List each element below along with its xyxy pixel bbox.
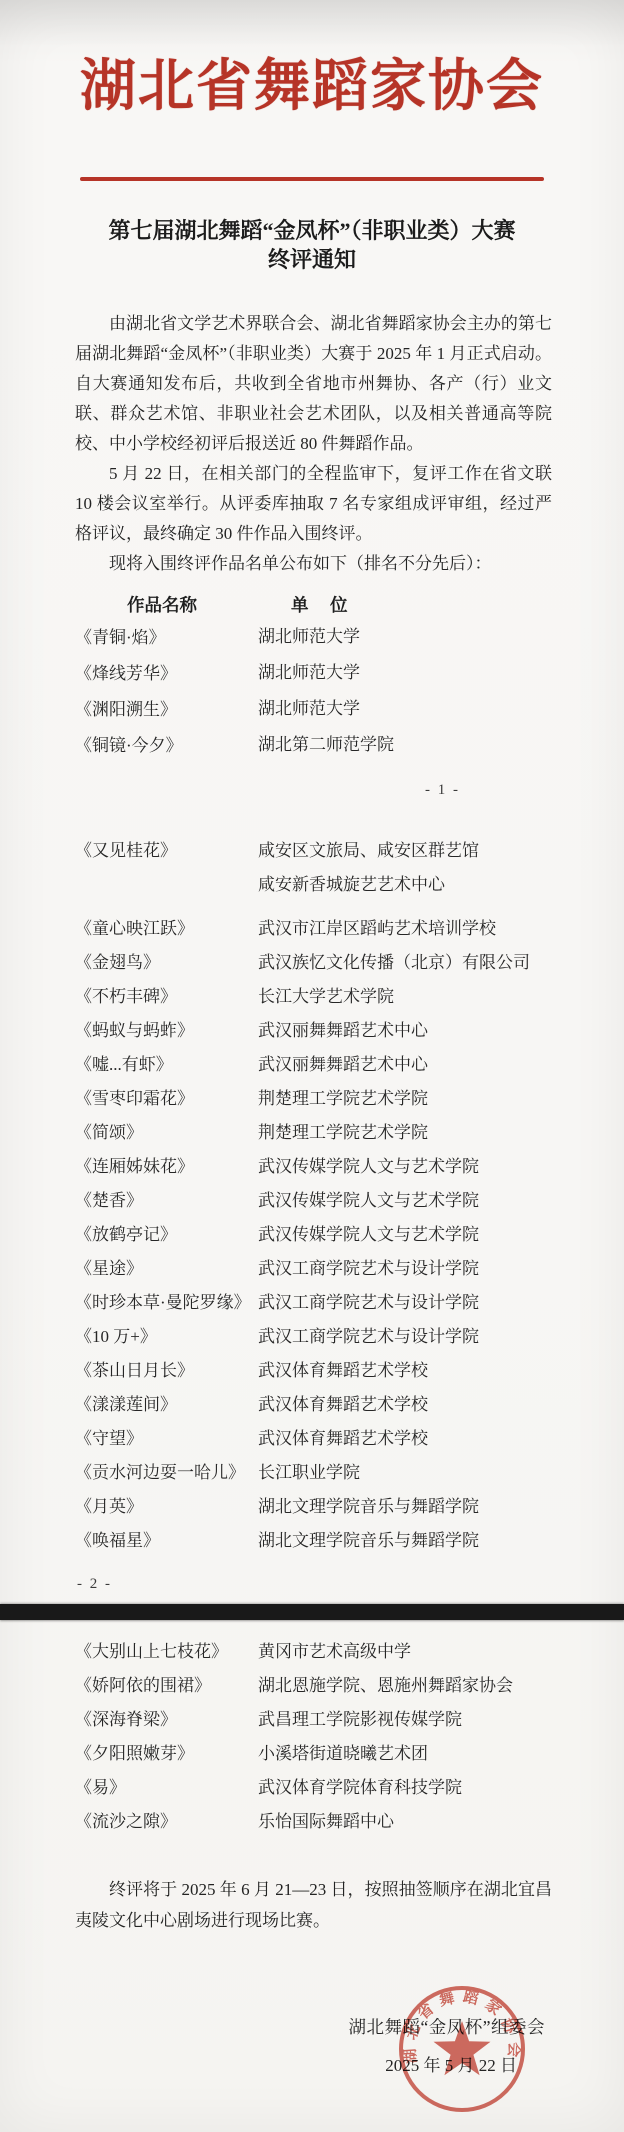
- list-item: 《不朽丰碑》长江大学艺术学院: [75, 980, 615, 1014]
- work-title: 《茶山日月长》: [75, 1354, 258, 1388]
- work-title: 《烽线芳华》: [75, 656, 258, 692]
- work-unit: 武汉体育舞蹈艺术学校: [258, 1354, 615, 1388]
- list-item: 《星途》武汉工商学院艺术与设计学院: [75, 1252, 615, 1286]
- list-item: 《青铜·焰》湖北师范大学: [75, 620, 615, 656]
- work-title: 《守望》: [75, 1422, 258, 1456]
- list-item: 《唤福星》湖北文理学院音乐与舞蹈学院: [75, 1524, 615, 1558]
- intro-paragraphs: 由湖北省文学艺术界联合会、湖北省舞蹈家协会主办的第七届湖北舞蹈“金凤杯”（非职业…: [75, 309, 552, 579]
- list-item: 《金翅鸟》武汉族忆文化传播（北京）有限公司: [75, 946, 615, 980]
- date-line: 2025 年 5 月 22 日: [385, 2051, 517, 2076]
- work-title: 《嘘...有虾》: [75, 1048, 258, 1082]
- works-list-header: 作品名称 单 位: [75, 592, 552, 618]
- scanned-notice-page: 湖北省舞蹈家协会 第七届湖北舞蹈“金凤杯”（非职业类）大赛 终评通知 由湖北省文…: [0, 0, 624, 2132]
- work-unit: 湖北师范大学: [258, 620, 615, 654]
- work-unit: 湖北恩施学院、恩施州舞蹈家协会: [258, 1669, 615, 1703]
- list-item: 《茶山日月长》武汉体育舞蹈艺术学校: [75, 1354, 615, 1388]
- list-item: 《深海脊梁》武昌理工学院影视传媒学院: [75, 1703, 615, 1737]
- work-unit: 武汉工商学院艺术与设计学院: [258, 1252, 615, 1286]
- work-unit: 湖北第二师范学院: [258, 728, 615, 762]
- list-item: 《月英》湖北文理学院音乐与舞蹈学院: [75, 1490, 615, 1524]
- org-header-title: 湖北省舞蹈家协会: [0, 56, 624, 118]
- work-unit: 武汉工商学院艺术与设计学院: [258, 1286, 615, 1320]
- work-unit: 武汉传媒学院人文与艺术学院: [258, 1150, 615, 1184]
- doc-title-line1: 第七届湖北舞蹈“金凤杯”（非职业类）大赛: [40, 216, 584, 245]
- work-title: 《雪枣印霜花》: [75, 1082, 258, 1116]
- signature-line: 湖北舞蹈“金凤杯”组委会: [348, 2014, 545, 2039]
- list-item: 《又见桂花》咸安区文旅局、咸安区群艺馆咸安新香城旋艺艺术中心: [75, 834, 615, 902]
- work-title: 《易》: [75, 1771, 258, 1805]
- intro-paragraph-2: 5 月 22 日，在相关部门的全程监审下，复评工作在省文联 10 楼会议室举行。…: [75, 459, 552, 549]
- work-title: 《10 万+》: [75, 1320, 258, 1354]
- work-unit: 黄冈市艺术高级中学: [258, 1635, 615, 1669]
- work-unit: 湖北师范大学: [258, 692, 615, 726]
- intro-paragraph-3: 现将入围终评作品名单公布如下（排名不分先后）：: [75, 549, 552, 579]
- list-item: 《时珍本草·曼陀罗缘》武汉工商学院艺术与设计学院: [75, 1286, 615, 1320]
- column-header-work: 作品名称: [127, 592, 197, 617]
- list-item: 《放鹤亭记》武汉传媒学院人文与艺术学院: [75, 1218, 615, 1252]
- work-unit-line2: 咸安新香城旋艺艺术中心: [258, 868, 615, 902]
- work-title: 《楚香》: [75, 1184, 258, 1218]
- seal-ring: [401, 1988, 523, 2110]
- list-item: 《铜镜·今夕》湖北第二师范学院: [75, 728, 615, 764]
- work-unit: 武汉工商学院艺术与设计学院: [258, 1320, 615, 1354]
- work-title: 《贡水河边耍一哈儿》: [75, 1456, 258, 1490]
- work-title: 《放鹤亭记》: [75, 1218, 258, 1252]
- work-unit: 荆楚理工学院艺术学院: [258, 1116, 615, 1150]
- list-item: 《蚂蚁与蚂蚱》武汉丽舞舞蹈艺术中心: [75, 1014, 615, 1048]
- work-unit: 长江职业学院: [258, 1456, 615, 1490]
- column-header-unit: 单 位: [291, 592, 350, 617]
- work-unit: 咸安区文旅局、咸安区群艺馆咸安新香城旋艺艺术中心: [258, 834, 615, 902]
- work-unit: 乐怡国际舞蹈中心: [258, 1805, 615, 1839]
- work-title: 《青铜·焰》: [75, 620, 258, 656]
- work-title: 《不朽丰碑》: [75, 980, 258, 1014]
- work-title: 《娇阿依的围裙》: [75, 1669, 258, 1703]
- official-seal: 湖北省舞蹈家协会: [387, 1974, 537, 2124]
- list-item: 《守望》武汉体育舞蹈艺术学校: [75, 1422, 615, 1456]
- work-unit: 湖北文理学院音乐与舞蹈学院: [258, 1524, 615, 1558]
- list-item: 《嘘...有虾》武汉丽舞舞蹈艺术中心: [75, 1048, 615, 1082]
- work-unit: 荆楚理工学院艺术学院: [258, 1082, 615, 1116]
- work-title: 《时珍本草·曼陀罗缘》: [75, 1286, 258, 1320]
- work-unit: 武汉传媒学院人文与艺术学院: [258, 1184, 615, 1218]
- works-list-page2: 《又见桂花》咸安区文旅局、咸安区群艺馆咸安新香城旋艺艺术中心《童心映江跃》武汉市…: [75, 834, 615, 1558]
- list-item: 《简颂》荆楚理工学院艺术学院: [75, 1116, 615, 1150]
- work-title: 《铜镜·今夕》: [75, 728, 258, 764]
- work-unit: 武昌理工学院影视传媒学院: [258, 1703, 615, 1737]
- work-unit: 湖北文理学院音乐与舞蹈学院: [258, 1490, 615, 1524]
- work-unit: 武汉市江岸区蹈屿艺术培训学校: [258, 912, 615, 946]
- work-unit: 武汉体育学院体育科技学院: [258, 1771, 615, 1805]
- work-title: 《漾漾莲间》: [75, 1388, 258, 1422]
- work-title: 《蚂蚁与蚂蚱》: [75, 1014, 258, 1048]
- list-item: 《10 万+》武汉工商学院艺术与设计学院: [75, 1320, 615, 1354]
- work-unit: 武汉传媒学院人文与艺术学院: [258, 1218, 615, 1252]
- work-title: 《夕阳照嫩芽》: [75, 1737, 258, 1771]
- work-unit: 武汉丽舞舞蹈艺术中心: [258, 1014, 615, 1048]
- list-item: 《雪枣印霜花》荆楚理工学院艺术学院: [75, 1082, 615, 1116]
- list-item: 《渊阳溯生》湖北师范大学: [75, 692, 615, 728]
- list-item: 《易》武汉体育学院体育科技学院: [75, 1771, 615, 1805]
- work-unit: 武汉体育舞蹈艺术学校: [258, 1388, 615, 1422]
- works-list-page1: 《青铜·焰》湖北师范大学《烽线芳华》湖北师范大学《渊阳溯生》湖北师范大学《铜镜·…: [75, 620, 615, 764]
- work-title: 《简颂》: [75, 1116, 258, 1150]
- page-number-1: - 1 -: [425, 782, 460, 799]
- list-item: 《童心映江跃》武汉市江岸区蹈屿艺术培训学校: [75, 912, 615, 946]
- list-item: 《漾漾莲间》武汉体育舞蹈艺术学校: [75, 1388, 615, 1422]
- work-title: 《星途》: [75, 1252, 258, 1286]
- works-list-page3: 《大别山上七枝花》黄冈市艺术高级中学《娇阿依的围裙》湖北恩施学院、恩施州舞蹈家协…: [75, 1635, 615, 1839]
- list-item: 《连厢姊妹花》武汉传媒学院人文与艺术学院: [75, 1150, 615, 1184]
- work-title: 《金翅鸟》: [75, 946, 258, 980]
- work-title: 《连厢姊妹花》: [75, 1150, 258, 1184]
- work-title: 《童心映江跃》: [75, 912, 258, 946]
- work-unit: 武汉族忆文化传播（北京）有限公司: [258, 946, 615, 980]
- closing-paragraph-wrap: 终评将于 2025 年 6 月 21—23 日，按照抽签顺序在湖北宜昌夷陵文化中…: [75, 1874, 552, 1936]
- page-number-2: - 2 -: [77, 1576, 112, 1593]
- work-title: 《大别山上七枝花》: [75, 1635, 258, 1669]
- doc-title: 第七届湖北舞蹈“金凤杯”（非职业类）大赛 终评通知: [40, 216, 584, 274]
- work-title: 《深海脊梁》: [75, 1703, 258, 1737]
- header-divider-line: [80, 177, 544, 181]
- list-item: 《楚香》武汉传媒学院人文与艺术学院: [75, 1184, 615, 1218]
- work-unit: 武汉体育舞蹈艺术学校: [258, 1422, 615, 1456]
- closing-paragraph: 终评将于 2025 年 6 月 21—23 日，按照抽签顺序在湖北宜昌夷陵文化中…: [75, 1874, 552, 1936]
- work-unit: 长江大学艺术学院: [258, 980, 615, 1014]
- doc-title-line2: 终评通知: [40, 245, 584, 274]
- work-title: 《又见桂花》: [75, 834, 258, 868]
- work-title: 《流沙之隙》: [75, 1805, 258, 1839]
- work-unit: 湖北师范大学: [258, 656, 615, 690]
- page-break-band: [0, 1604, 624, 1620]
- work-title: 《月英》: [75, 1490, 258, 1524]
- list-item: 《流沙之隙》乐怡国际舞蹈中心: [75, 1805, 615, 1839]
- work-unit: 小溪塔街道晓曦艺术团: [258, 1737, 615, 1771]
- list-item: 《烽线芳华》湖北师范大学: [75, 656, 615, 692]
- work-unit: 武汉丽舞舞蹈艺术中心: [258, 1048, 615, 1082]
- list-item: 《大别山上七枝花》黄冈市艺术高级中学: [75, 1635, 615, 1669]
- list-item: 《夕阳照嫩芽》小溪塔街道晓曦艺术团: [75, 1737, 615, 1771]
- intro-paragraph-1: 由湖北省文学艺术界联合会、湖北省舞蹈家协会主办的第七届湖北舞蹈“金凤杯”（非职业…: [75, 309, 552, 459]
- work-title: 《渊阳溯生》: [75, 692, 258, 728]
- list-item: 《贡水河边耍一哈儿》长江职业学院: [75, 1456, 615, 1490]
- work-title: 《唤福星》: [75, 1524, 258, 1558]
- list-item: 《娇阿依的围裙》湖北恩施学院、恩施州舞蹈家协会: [75, 1669, 615, 1703]
